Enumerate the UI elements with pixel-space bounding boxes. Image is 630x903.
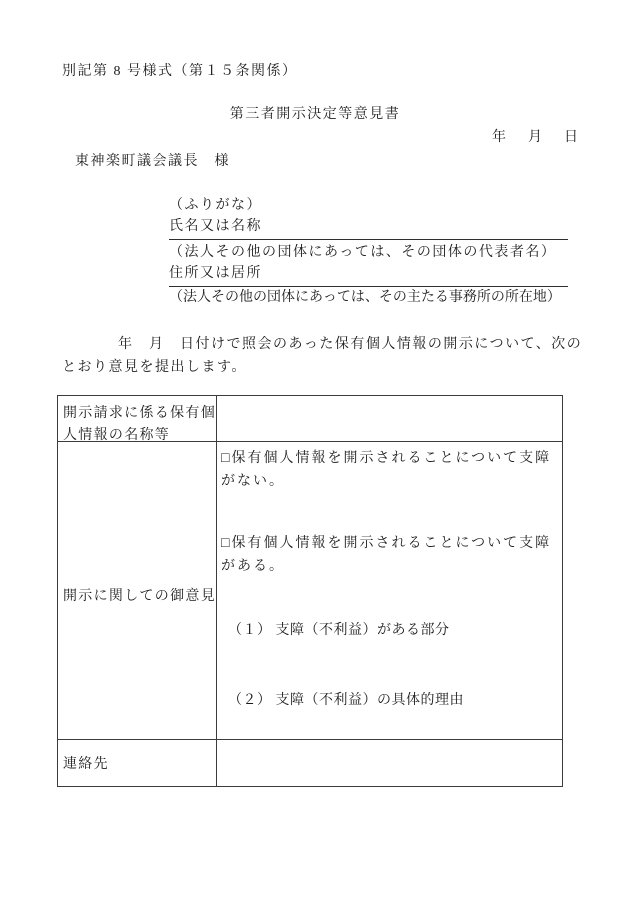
name-field: 氏名又は名称 — [169, 219, 568, 240]
intro-line-1: 年 月 日付けで照会のあった保有個人情報の開示について、次の — [62, 333, 582, 356]
option-no-obstacle: □保有個人情報を開示されることについて支障 がない。 — [221, 447, 551, 493]
option-obstacle: □保有個人情報を開示されることについて支障 がある。 — [221, 532, 551, 578]
intro-paragraph: 年 月 日付けで照会のあった保有個人情報の開示について、次の とおり意見を提出し… — [62, 333, 582, 379]
table-column-divider — [216, 396, 217, 786]
option-no-obstacle-line1: □保有個人情報を開示されることについて支障 — [221, 447, 551, 470]
opinion-label: 開示に関しての御意見 — [63, 586, 216, 608]
contact-label: 連絡先 — [63, 754, 109, 776]
address-field-label: 住所又は居所 — [169, 266, 262, 281]
address-field: 住所又は居所 — [169, 266, 568, 287]
address-field-note: （法人その他の団体にあっては、その主たる事務所の所在地） — [169, 290, 561, 307]
date-line: 年 月 日 — [492, 130, 580, 147]
name-field-note: （法人その他の団体にあっては、その団体の代表者名） — [169, 245, 556, 262]
option-no-obstacle-line2: がない。 — [221, 470, 551, 493]
request-name-label-line1: 開示請求に係る保有個 — [63, 403, 216, 425]
opinion-table: 開示請求に係る保有個 人情報の名称等 開示に関しての御意見 □保有個人情報を開示… — [57, 395, 563, 787]
form-number: 別記第 8 号様式（第１５条関係） — [62, 64, 298, 81]
furigana-label: （ふりがな） — [169, 198, 262, 215]
intro-line-2: とおり意見を提出します。 — [62, 356, 582, 379]
addressee-line: 東神楽町議会議長 様 — [75, 154, 230, 171]
obstacle-part-item: （１） 支障（不利益）がある部分 — [228, 623, 450, 640]
document-page: 別記第 8 号様式（第１５条関係） 第三者開示決定等意見書 年 月 日 東神楽町… — [0, 0, 630, 903]
name-field-label: 氏名又は名称 — [169, 219, 262, 234]
obstacle-reason-item: （２） 支障（不利益）の具体的理由 — [228, 693, 464, 710]
table-row-divider-2 — [58, 739, 562, 740]
option-obstacle-line2: がある。 — [221, 555, 551, 578]
option-obstacle-line1: □保有個人情報を開示されることについて支障 — [221, 532, 551, 555]
document-title: 第三者開示決定等意見書 — [0, 107, 630, 124]
request-name-label-line2: 人情報の名称等 — [63, 425, 216, 447]
request-name-label: 開示請求に係る保有個 人情報の名称等 — [63, 403, 216, 447]
